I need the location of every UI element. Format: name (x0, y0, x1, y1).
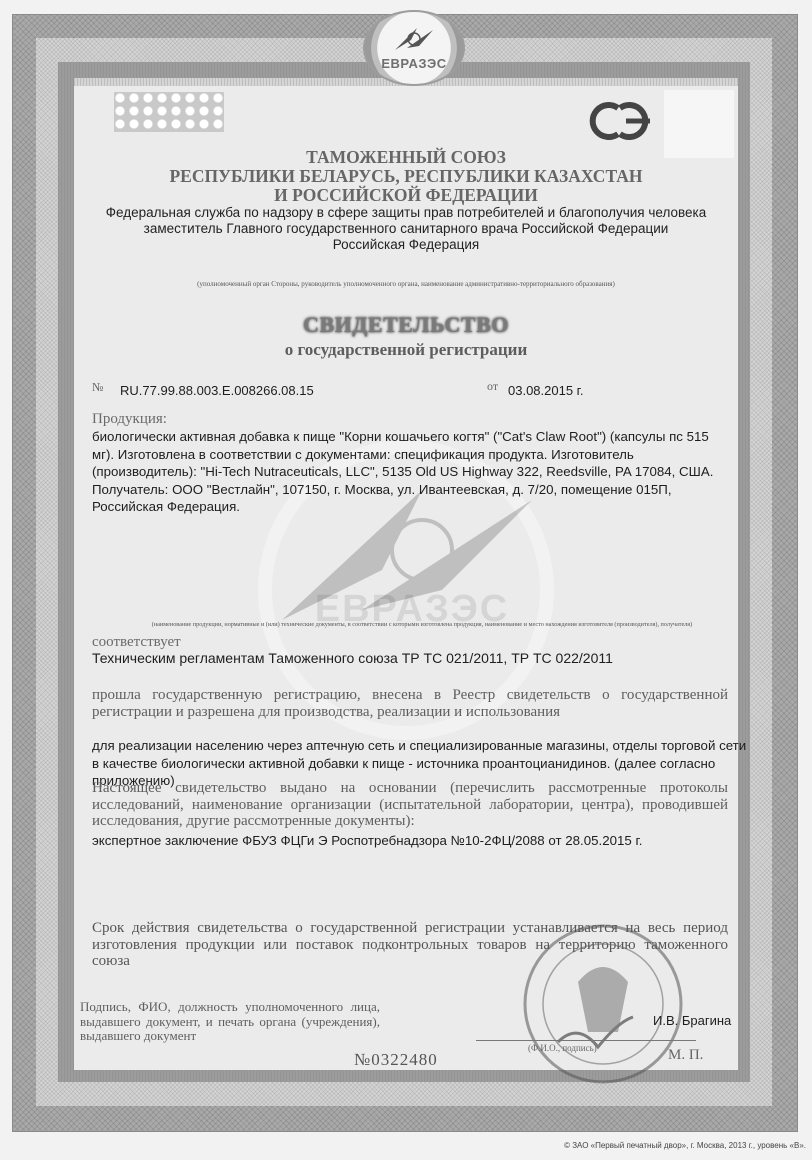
number-label: № (92, 380, 103, 395)
official-seal-icon (518, 922, 688, 1087)
product-description: биологически активная добавка к пище "Ко… (92, 428, 732, 516)
conformity-regulations: Техническим регламентам Таможенного союз… (92, 650, 732, 668)
signature-label: Подпись, ФИО, должность уполномоченного … (80, 1000, 380, 1044)
signature-caption: (Ф.И.О., подпись) (528, 1043, 597, 1053)
printer-copyright: © ЗАО «Первый печатный двор», г. Москва,… (564, 1141, 806, 1150)
certificate-number: RU.77.99.88.003.E.008266.08.15 (120, 383, 314, 398)
product-label: Продукция: (92, 411, 167, 428)
form-serial-number: №0322480 (354, 1050, 438, 1070)
product-caption: (наименование продукции, нормативные и (… (92, 621, 752, 628)
date-label: от (487, 379, 498, 394)
agency-line: Федеральная служба по надзору в сфере за… (80, 205, 732, 221)
agency-caption: (уполномоченный орган Стороны, руководит… (96, 280, 716, 288)
agency-line: Российская Федерация (80, 237, 732, 253)
issuing-agency: Федеральная служба по надзору в сфере за… (80, 205, 732, 253)
registration-statement: прошла государственную регистрацию, внес… (92, 687, 728, 720)
emblem-label: ЕВРАЗЭС (365, 56, 463, 71)
conformity-mark-icon (582, 100, 662, 142)
union-title-line: ТАМОЖЕННЫЙ СОЮЗ (80, 148, 732, 167)
eurasec-emblem-icon: ЕВРАЗЭС (363, 10, 465, 86)
hologram-patch (114, 92, 224, 132)
signature-line (476, 1040, 696, 1041)
union-title: ТАМОЖЕННЫЙ СОЮЗ РЕСПУБЛИКИ БЕЛАРУСЬ, РЕС… (80, 148, 732, 205)
union-title-line: РЕСПУБЛИКИ БЕЛАРУСЬ, РЕСПУБЛИКИ КАЗАХСТА… (80, 167, 732, 186)
signer-name: И.В. Брагина (653, 1013, 731, 1028)
conformity-label: соответствует (92, 634, 181, 651)
union-title-line: И РОССИЙСКОЙ ФЕДЕРАЦИИ (80, 186, 732, 205)
certificate-title: СВИДЕТЕЛЬСТВО (80, 312, 732, 338)
basis-statement: Настоящее свидетельство выдано на основа… (92, 780, 728, 830)
certificate-date: 03.08.2015 г. (508, 383, 583, 398)
seal-mark: М. П. (668, 1047, 703, 1064)
agency-line: заместитель Главного государственного са… (80, 221, 732, 237)
basis-documents: экспертное заключение ФБУЗ ФЦГи Э Роспот… (92, 832, 732, 850)
certificate-subtitle: о государственной регистрации (80, 340, 732, 360)
swoosh-icon (393, 24, 435, 52)
